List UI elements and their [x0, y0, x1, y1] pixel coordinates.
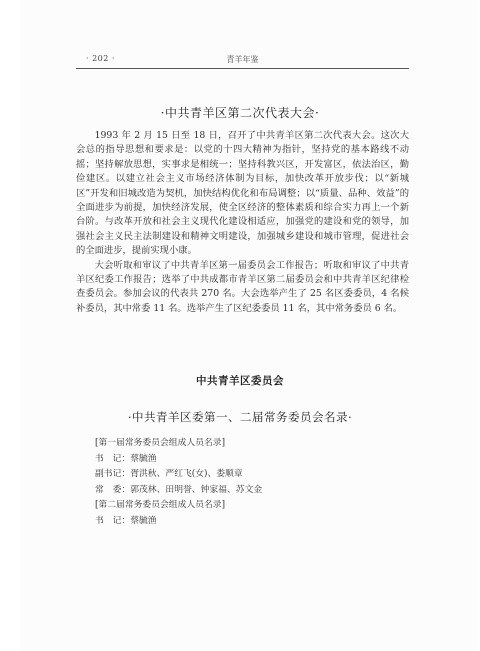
- committee-heading: 中共青羊区委员会: [60, 373, 420, 388]
- roster-row: 书 记：蔡毓渔: [95, 514, 395, 530]
- book-title: 青羊年鉴: [76, 54, 409, 65]
- section-title-congress: ·中共青羊区第二次代表大会·: [60, 104, 420, 121]
- paragraph: 大会听取和审议了中共青羊区第一届委员会工作报告；听取和审议了中共青羊区纪委工作报…: [76, 259, 409, 317]
- roster-row: [第一届常务委员会组成人员名录]: [95, 436, 395, 452]
- roster-row: 常 委：郭茂林、田明誉、钟家福、苏文金: [95, 483, 395, 499]
- roster-row: [第二届常务委员会组成人员名录]: [95, 498, 395, 514]
- header-rule: [76, 68, 409, 69]
- congress-body: 1993 年 2 月 15 日至 18 日，召开了中共青羊区第二次代表大会。这次…: [76, 129, 409, 316]
- running-header: · 202 · 青羊年鉴: [76, 52, 409, 66]
- paragraph: 1993 年 2 月 15 日至 18 日，召开了中共青羊区第二次代表大会。这次…: [76, 129, 409, 259]
- standing-committee-roster: [第一届常务委员会组成人员名录] 书 记：蔡毓渔 副书记：胥洪秋、严红飞(女)、…: [95, 436, 395, 529]
- section-title-roster: ·中共青羊区委第一、二届常务委员会名录·: [60, 409, 420, 425]
- roster-row: 书 记：蔡毓渔: [95, 452, 395, 468]
- document-page: [21, 0, 478, 651]
- roster-row: 副书记：胥洪秋、严红飞(女)、娄顺章: [95, 467, 395, 483]
